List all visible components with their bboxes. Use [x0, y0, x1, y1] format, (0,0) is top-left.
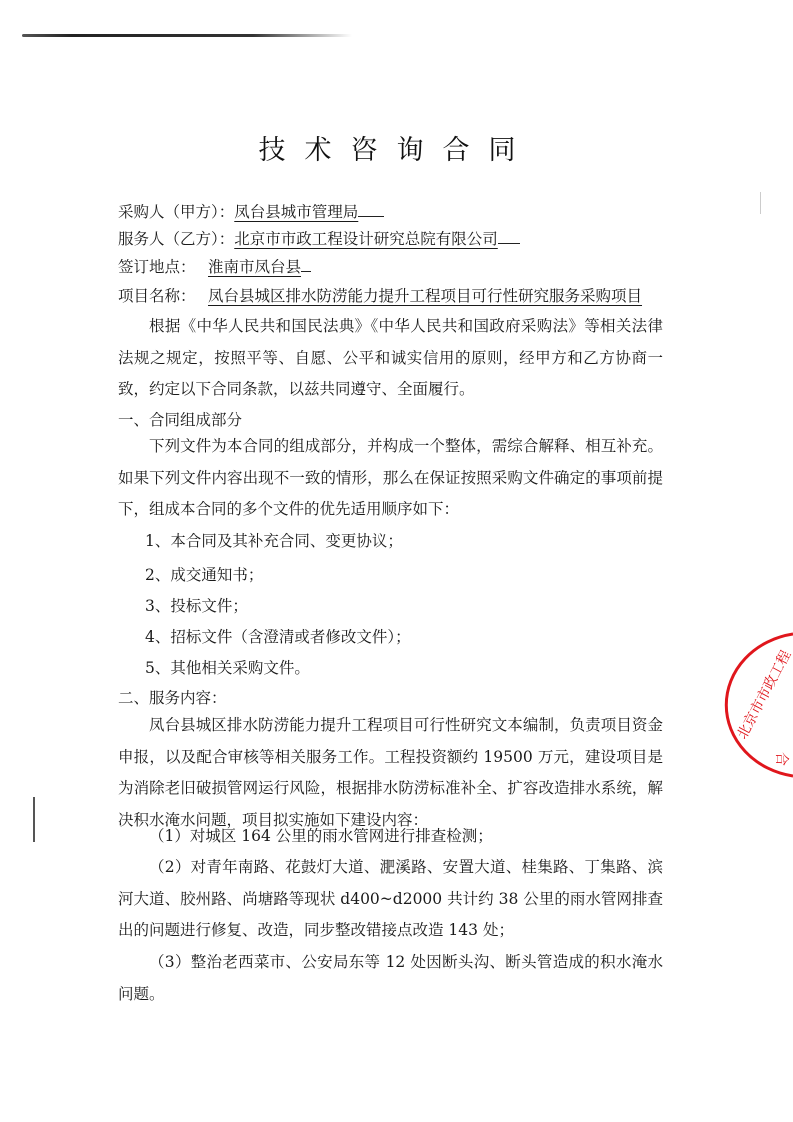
seal-text-2: 合 — [773, 752, 789, 766]
list-item: 5、其他相关采购文件。 — [145, 656, 310, 678]
list-item: 1、本合同及其补充合同、变更协议； — [145, 529, 403, 551]
section-1-paragraph: 下列文件为本合同的组成部分，并构成一个整体，需综合解释、相互补充。如果下列文件内… — [118, 431, 663, 526]
signing-place-label: 签订地点： — [118, 257, 208, 277]
section-2-heading: 二、服务内容： — [118, 686, 227, 708]
intro-paragraph: 根据《中华人民共和国民法典》《中华人民共和国政府采购法》等相关法律法规之规定，按… — [118, 311, 663, 406]
signing-place-value: 淮南市凤台县 — [208, 258, 301, 276]
project-name-line: 项目名称：凤台县城区排水防涝能力提升工程项目可行性研究服务采购项目 — [118, 286, 642, 306]
party-b-value: 北京市市政工程设计研究总院有限公司 — [234, 230, 498, 248]
scan-artifact-left-mark — [33, 797, 35, 842]
list-item: 2、成交通知书； — [145, 563, 263, 585]
company-seal-stamp: 北京市市政工程 合 — [705, 630, 793, 780]
party-a-value: 凤台县城市管理局 — [234, 203, 358, 221]
underline-tail — [358, 202, 384, 217]
construction-item-2: （2）对青年南路、花鼓灯大道、淝溪路、安置大道、桂集路、丁集路、滨河大道、胶州路… — [118, 852, 663, 947]
signing-place-line: 签订地点：淮南市凤台县 — [118, 257, 311, 277]
project-name-value: 凤台县城区排水防涝能力提升工程项目可行性研究服务采购项目 — [208, 287, 642, 305]
party-b-line: 服务人（乙方）：北京市市政工程设计研究总院有限公司 — [118, 229, 520, 249]
construction-item-3: （3）整治老西菜市、公安局东等 12 处因断头沟、断头管造成的积水淹水问题。 — [118, 947, 663, 1010]
document-title: 技术咨询合同 — [0, 128, 793, 167]
party-a-line: 采购人（甲方）：凤台县城市管理局 — [118, 202, 384, 222]
scan-artifact-top-line — [22, 34, 352, 37]
party-b-label: 服务人（乙方）： — [118, 229, 234, 249]
party-a-label: 采购人（甲方）： — [118, 202, 234, 222]
project-name-label: 项目名称： — [118, 286, 208, 306]
list-item: 3、投标文件； — [145, 594, 248, 616]
underline-tail — [301, 257, 311, 272]
scan-artifact-right-mark — [760, 192, 761, 214]
section-2-paragraph: 凤台县城区排水防涝能力提升工程项目可行性研究文本编制，负责项目资金申报，以及配合… — [118, 710, 663, 836]
construction-item-1: （1）对城区 164 公里的雨水管网进行排查检测； — [118, 821, 663, 853]
underline-tail — [498, 229, 520, 244]
section-1-heading: 一、合同组成部分 — [118, 408, 242, 430]
list-item: 4、招标文件（含澄清或者修改文件）； — [145, 625, 411, 647]
